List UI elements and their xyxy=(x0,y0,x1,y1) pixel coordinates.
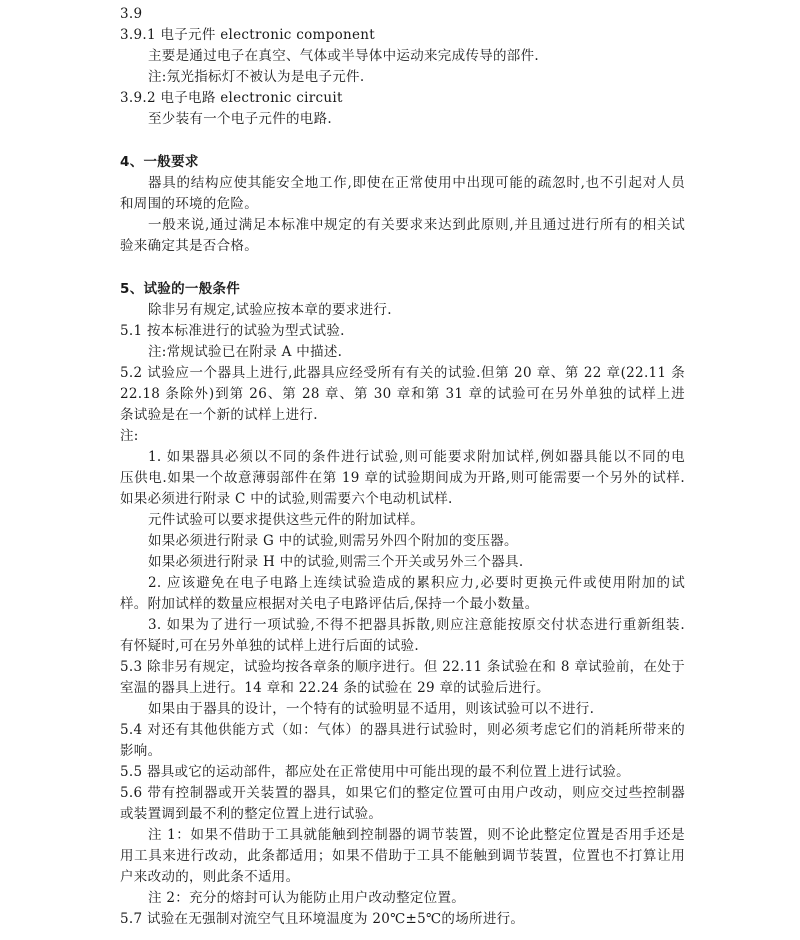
note: 注:氖光指标灯不被认为是电子元件. xyxy=(120,67,685,88)
note: 注:常规试验已在附录 A 中描述. xyxy=(120,342,685,363)
section-5: 5、试验的一般条件 除非另有规定,试验应按本章的要求进行. 5.1 按本标准进行… xyxy=(120,279,685,930)
paragraph: 室温的器具上进行。14 章和 22.24 条的试验在 29 章的试验后进行。 xyxy=(120,678,685,699)
clause-5-4: 5.4 对还有其他供能方式（如：气体）的器具进行试验时，则必须考虑它们的消耗所带… xyxy=(120,720,685,741)
section-heading: 4、一般要求 xyxy=(120,152,685,173)
paragraph: 元件试验可以要求提供这些元件的附加试样。 xyxy=(120,510,685,531)
note-label: 注: xyxy=(120,426,685,447)
paragraph: 22.18 条除外)到第 26、第 28 章、第 30 章和第 31 章的试验可… xyxy=(120,384,685,405)
paragraph: 验来确定其是否合格。 xyxy=(120,236,685,257)
clause-5-1: 5.1 按本标准进行的试验为型式试验. xyxy=(120,321,685,342)
paragraph: 如果由于器具的设计，一个特有的试验明显不适用，则该试验可以不进行. xyxy=(120,699,685,720)
section-gap xyxy=(120,130,685,152)
clause-title: 3.9.1 电子元件 electronic component xyxy=(120,25,685,46)
document-page: 3.9 3.9.1 电子元件 electronic component 主要是通… xyxy=(120,4,685,930)
note-1: 注 1：如果不借助于工具就能触到控制器的调节装置，则不论此整定位置是否用手还是 xyxy=(120,825,685,846)
paragraph: 有怀疑时,可在另外单独的试样上进行后面的试验. xyxy=(120,636,685,657)
note-2: 注 2：充分的熔封可认为能防止用户改动整定位置。 xyxy=(120,888,685,909)
paragraph: 和周围的环境的危险。 xyxy=(120,194,685,215)
note-item-2: 2. 应该避免在电子电路上连续试验造成的累积应力,必要时更换元件或使用附加的试 xyxy=(120,573,685,594)
clause-5-5: 5.5 器具或它的运动部件，都应处在正常使用中可能出现的最不利位置上进行试验。 xyxy=(120,762,685,783)
paragraph: 样。附加试样的数量应根据对关电子电路评估后,保持一个最小数量。 xyxy=(120,594,685,615)
paragraph: 户来改动的，则此条不适用。 xyxy=(120,867,685,888)
paragraph: 或装置调到最不利的整定位置上进行试验。 xyxy=(120,804,685,825)
clause-5-3: 5.3 除非另有规定，试验均按各章条的顺序进行。但 22.11 条试验在和 8 … xyxy=(120,657,685,678)
clause-5-7: 5.7 试验在无强制对流空气且环境温度为 20℃±5℃的场所进行。 xyxy=(120,909,685,930)
clause-title: 3.9.2 电子电路 electronic circuit xyxy=(120,88,685,109)
paragraph: 一般来说,通过满足本标准中规定的有关要求来达到此原则,并且通过进行所有的相关试 xyxy=(120,215,685,236)
paragraph: 条试验是在一个新的试样上进行. xyxy=(120,405,685,426)
paragraph: 除非另有规定,试验应按本章的要求进行. xyxy=(120,300,685,321)
section-4: 4、一般要求 器具的结构应使其能安全地工作,即使在正常使用中出现可能的疏忽时,也… xyxy=(120,152,685,257)
paragraph: 如果必须进行附录 H 中的试验,则需三个开关或另外三个器具. xyxy=(120,552,685,573)
section-3-9: 3.9 3.9.1 电子元件 electronic component 主要是通… xyxy=(120,4,685,130)
paragraph: 如果必须进行附录 C 中的试验,则需要六个电动机试样. xyxy=(120,489,685,510)
paragraph: 主要是通过电子在真空、气体或半导体中运动来完成传导的部件. xyxy=(120,46,685,67)
section-heading: 5、试验的一般条件 xyxy=(120,279,685,300)
clause-5-6: 5.6 带有控制器或开关装置的器具，如果它们的整定位置可由用户改动，则应交过些控… xyxy=(120,783,685,804)
paragraph: 影响。 xyxy=(120,741,685,762)
clause-number: 3.9 xyxy=(120,4,685,25)
paragraph: 如果必须进行附录 G 中的试验,则需另外四个附加的变压器。 xyxy=(120,531,685,552)
note-item-3: 3. 如果为了进行一项试验,不得不把器具拆散,则应注意能按原交付状态进行重新组装… xyxy=(120,615,685,636)
note-item-1: 1. 如果器具必须以不同的条件进行试验,则可能要求附加试样,例如器具能以不同的电 xyxy=(120,447,685,468)
paragraph: 用工具来进行改动，此条都适用；如果不借助于工具不能触到调节装置，位置也不打算让用 xyxy=(120,846,685,867)
paragraph: 压供电.如果一个故意薄弱部件在第 19 章的试验期间成为开路,则可能需要一个另外… xyxy=(120,468,685,489)
section-gap xyxy=(120,257,685,279)
paragraph: 器具的结构应使其能安全地工作,即使在正常使用中出现可能的疏忽时,也不引起对人员 xyxy=(120,173,685,194)
paragraph: 至少装有一个电子元件的电路. xyxy=(120,109,685,130)
clause-5-2: 5.2 试验应一个器具上进行,此器具应经受所有有关的试验.但第 20 章、第 2… xyxy=(120,363,685,384)
